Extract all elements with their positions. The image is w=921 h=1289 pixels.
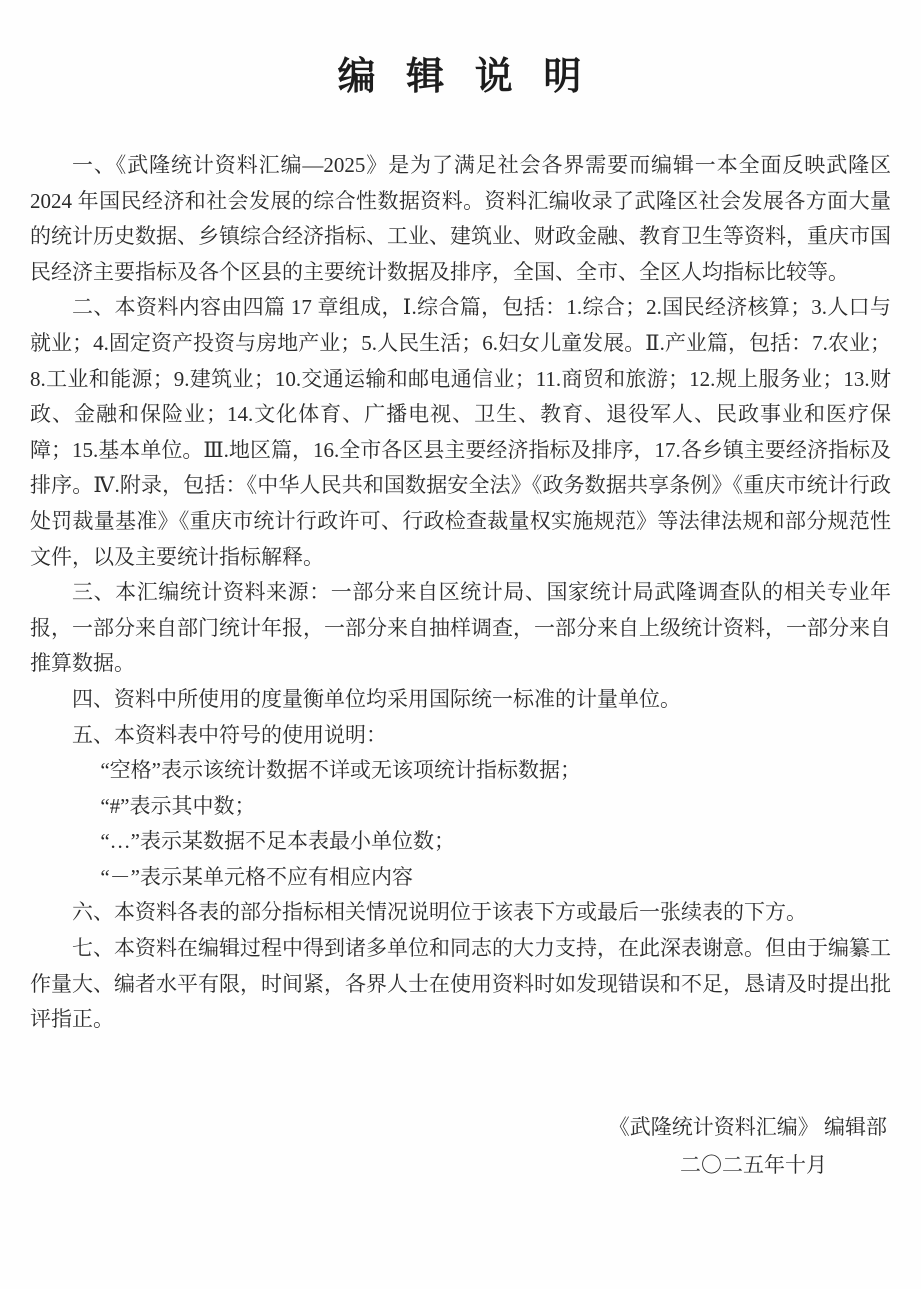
paragraph-6-table-notes: 六、本资料各表的部分指标相关情况说明位于该表下方或最后一张续表的下方。: [30, 895, 891, 931]
symbol-note-hash: “#”表示其中数；: [30, 789, 891, 825]
paragraph-7-acknowledgement: 七、本资料在编辑过程中得到诸多单位和同志的大力支持，在此深表谢意。但由于编纂工作…: [30, 931, 891, 1038]
signature-date: 二〇二五年十月: [30, 1146, 891, 1184]
symbol-note-dash: “－”表示某单元格不应有相应内容: [30, 860, 891, 896]
paragraph-5-symbols-intro: 五、本资料表中符号的使用说明：: [30, 718, 891, 754]
symbol-note-blank: “空格”表示该统计数据不详或无该项统计指标数据；: [30, 753, 891, 789]
signature-org: 《武隆统计资料汇编》 编辑部: [30, 1108, 891, 1146]
symbol-note-ellipsis: “…”表示某数据不足本表最小单位数；: [30, 824, 891, 860]
paragraph-2-contents: 二、本资料内容由四篇 17 章组成，Ⅰ.综合篇，包括：1.综合；2.国民经济核算…: [30, 290, 891, 575]
signature-block: 《武隆统计资料汇编》 编辑部 二〇二五年十月: [30, 1108, 891, 1184]
document-page: 编 辑 说 明 一、《武隆统计资料汇编—2025》是为了满足社会各界需要而编辑一…: [0, 0, 921, 1289]
paragraph-3-sources: 三、本汇编统计资料来源：一部分来自区统计局、国家统计局武隆调查队的相关专业年报，…: [30, 575, 891, 682]
paragraph-4-units: 四、资料中所使用的度量衡单位均采用国际统一标准的计量单位。: [30, 682, 891, 718]
document-body: 一、《武隆统计资料汇编—2025》是为了满足社会各界需要而编辑一本全面反映武隆区…: [30, 148, 891, 1038]
page-title: 编 辑 说 明: [30, 58, 891, 96]
paragraph-1-overview: 一、《武隆统计资料汇编—2025》是为了满足社会各界需要而编辑一本全面反映武隆区…: [30, 148, 891, 290]
